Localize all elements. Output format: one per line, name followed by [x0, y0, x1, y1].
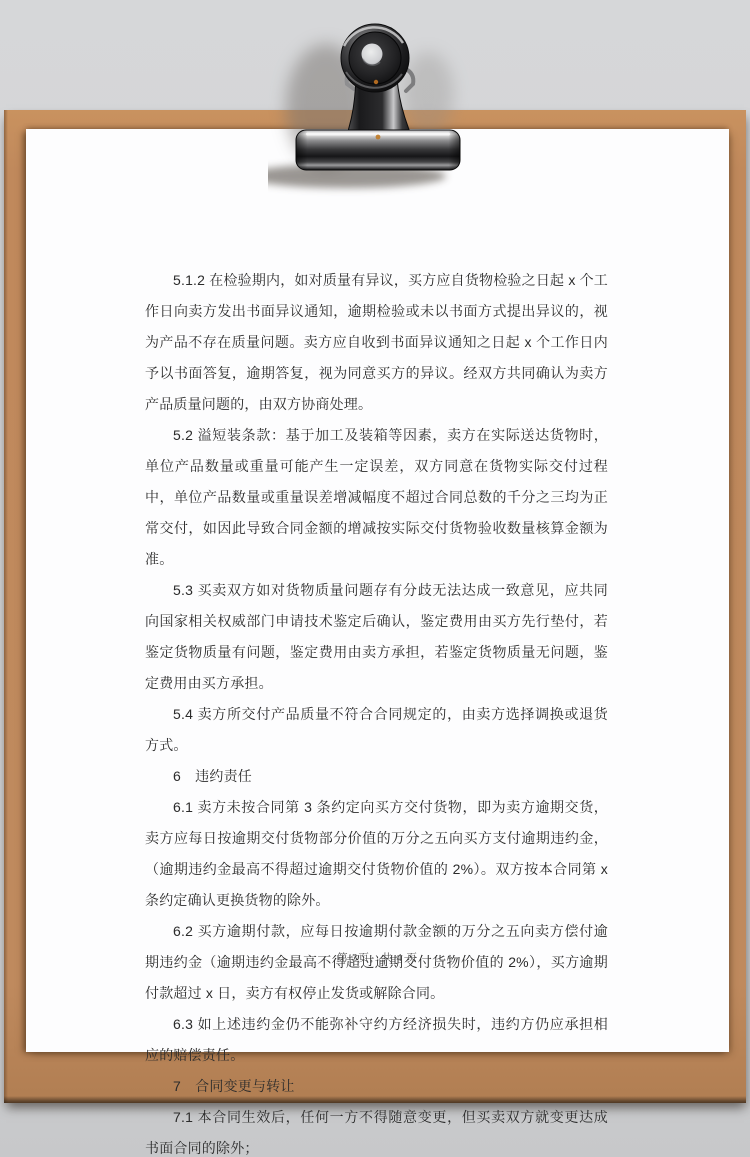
- clipboard-board: 5.1.2 在检验期内，如对质量有异议，买方应自货物检验之日起 x 个工作日向卖…: [4, 110, 746, 1103]
- background-wall: 5.1.2 在检验期内，如对质量有异议，买方应自货物检验之日起 x 个工作日向卖…: [0, 0, 750, 1157]
- contract-paragraph: 5.4 卖方所交付产品质量不符合合同规定的，由卖方选择调换或退货方式。: [145, 699, 608, 761]
- contract-page: 5.1.2 在检验期内，如对质量有异议，买方应自货物检验之日起 x 个工作日向卖…: [26, 129, 729, 1052]
- contract-paragraph: 6.1 卖方未按合同第 3 条约定向买方交付货物，即为卖方逾期交货，卖方应每日按…: [145, 792, 608, 916]
- contract-paragraph: 6 违约责任: [145, 761, 608, 792]
- page-number-footer: 第 3页，共 4 页: [26, 950, 729, 965]
- contract-paragraph: 7.1 本合同生效后，任何一方不得随意变更，但买卖双方就变更达成书面合同的除外；: [145, 1102, 608, 1157]
- contract-paragraph: 5.2 溢短装条款：基于加工及装箱等因素，卖方在实际送达货物时，单位产品数量或重…: [145, 420, 608, 575]
- contract-text: 5.1.2 在检验期内，如对质量有异议，买方应自货物检验之日起 x 个工作日向卖…: [145, 265, 608, 1157]
- metal-spring-clip-icon: [268, 0, 488, 200]
- contract-paragraph: 5.1.2 在检验期内，如对质量有异议，买方应自货物检验之日起 x 个工作日向卖…: [145, 265, 608, 420]
- contract-paragraph: 7 合同变更与转让: [145, 1071, 608, 1102]
- contract-paragraph: 5.3 买卖双方如对货物质量问题存有分歧无法达成一致意见，应共同向国家相关权威部…: [145, 575, 608, 699]
- contract-paragraph: 6.3 如上述违约金仍不能弥补守约方经济损失时，违约方仍应承担相应的赔偿责任。: [145, 1009, 608, 1071]
